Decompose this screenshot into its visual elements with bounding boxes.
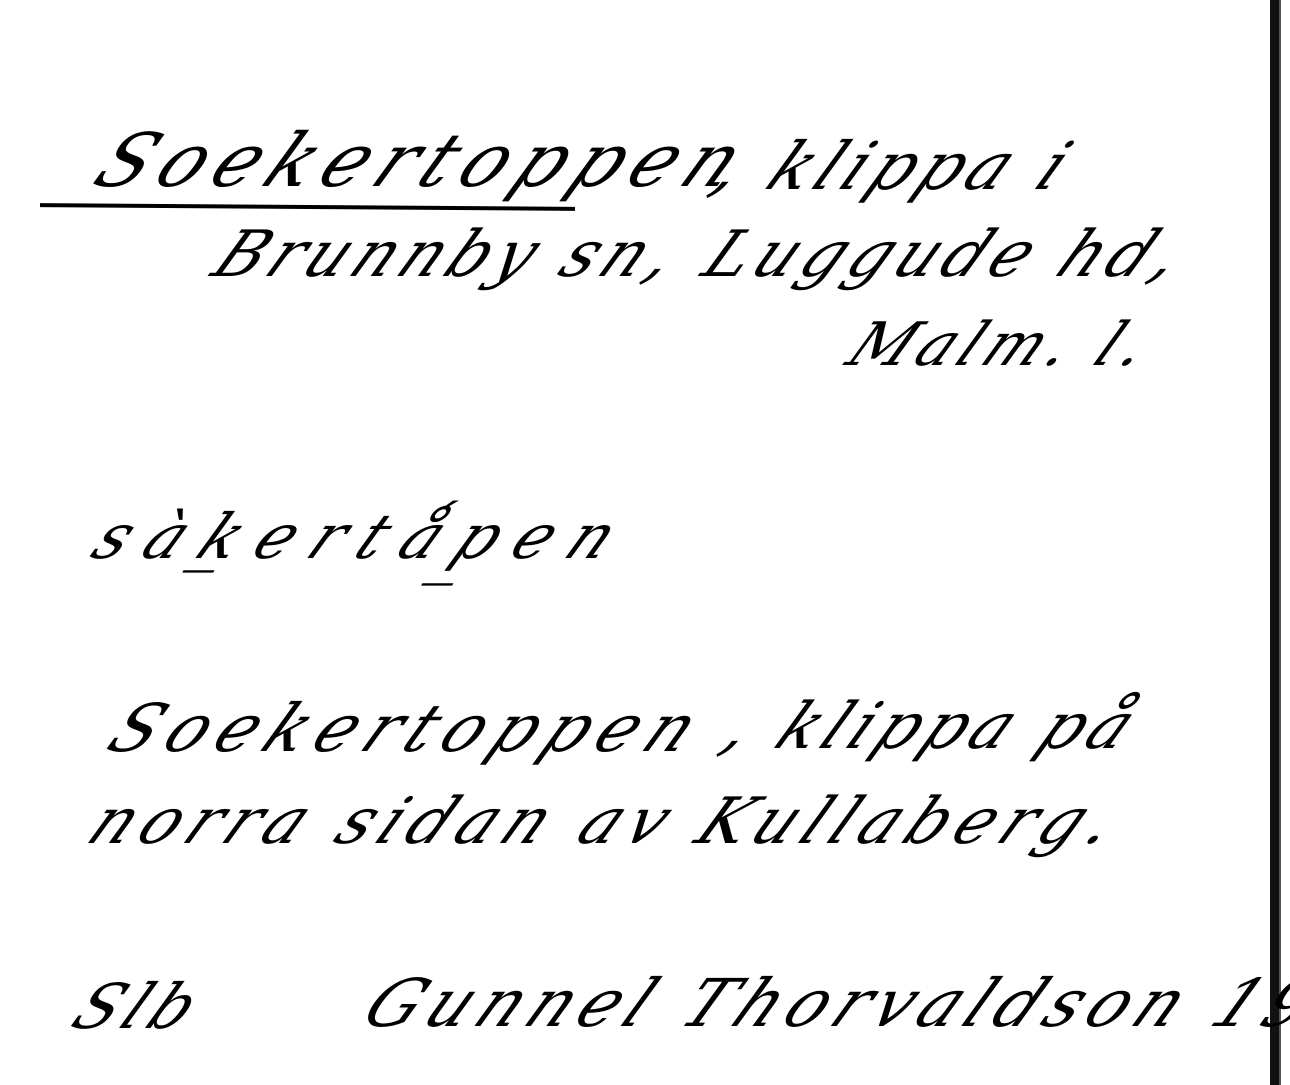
index-card: Soekertoppen , klippa i Brunnby sn, Lugg… bbox=[0, 0, 1290, 1085]
district-text: Luggude hd, bbox=[690, 218, 1204, 292]
description-line2: norra sidan av Kullaberg. bbox=[75, 785, 1140, 859]
headword-suffix: , klippa i bbox=[700, 128, 1091, 205]
card-edge-shadow bbox=[1279, 0, 1281, 1085]
description-rest: , klippa på bbox=[710, 690, 1155, 764]
description-name: Soekertoppen bbox=[95, 690, 723, 767]
parish-text: Brunnby sn, bbox=[200, 218, 699, 292]
headword: Soekertoppen bbox=[80, 118, 769, 204]
headword-underline bbox=[40, 203, 575, 211]
archive-code: Slb bbox=[60, 970, 219, 1043]
recorder-signature: Gunnel Thorvaldson 1945. bbox=[350, 965, 1290, 1042]
pronunciation-text: sàk̲ertǻp̲en bbox=[80, 500, 650, 573]
card-edge-border bbox=[1270, 0, 1279, 1085]
county-text: Malm. l. bbox=[835, 310, 1170, 380]
